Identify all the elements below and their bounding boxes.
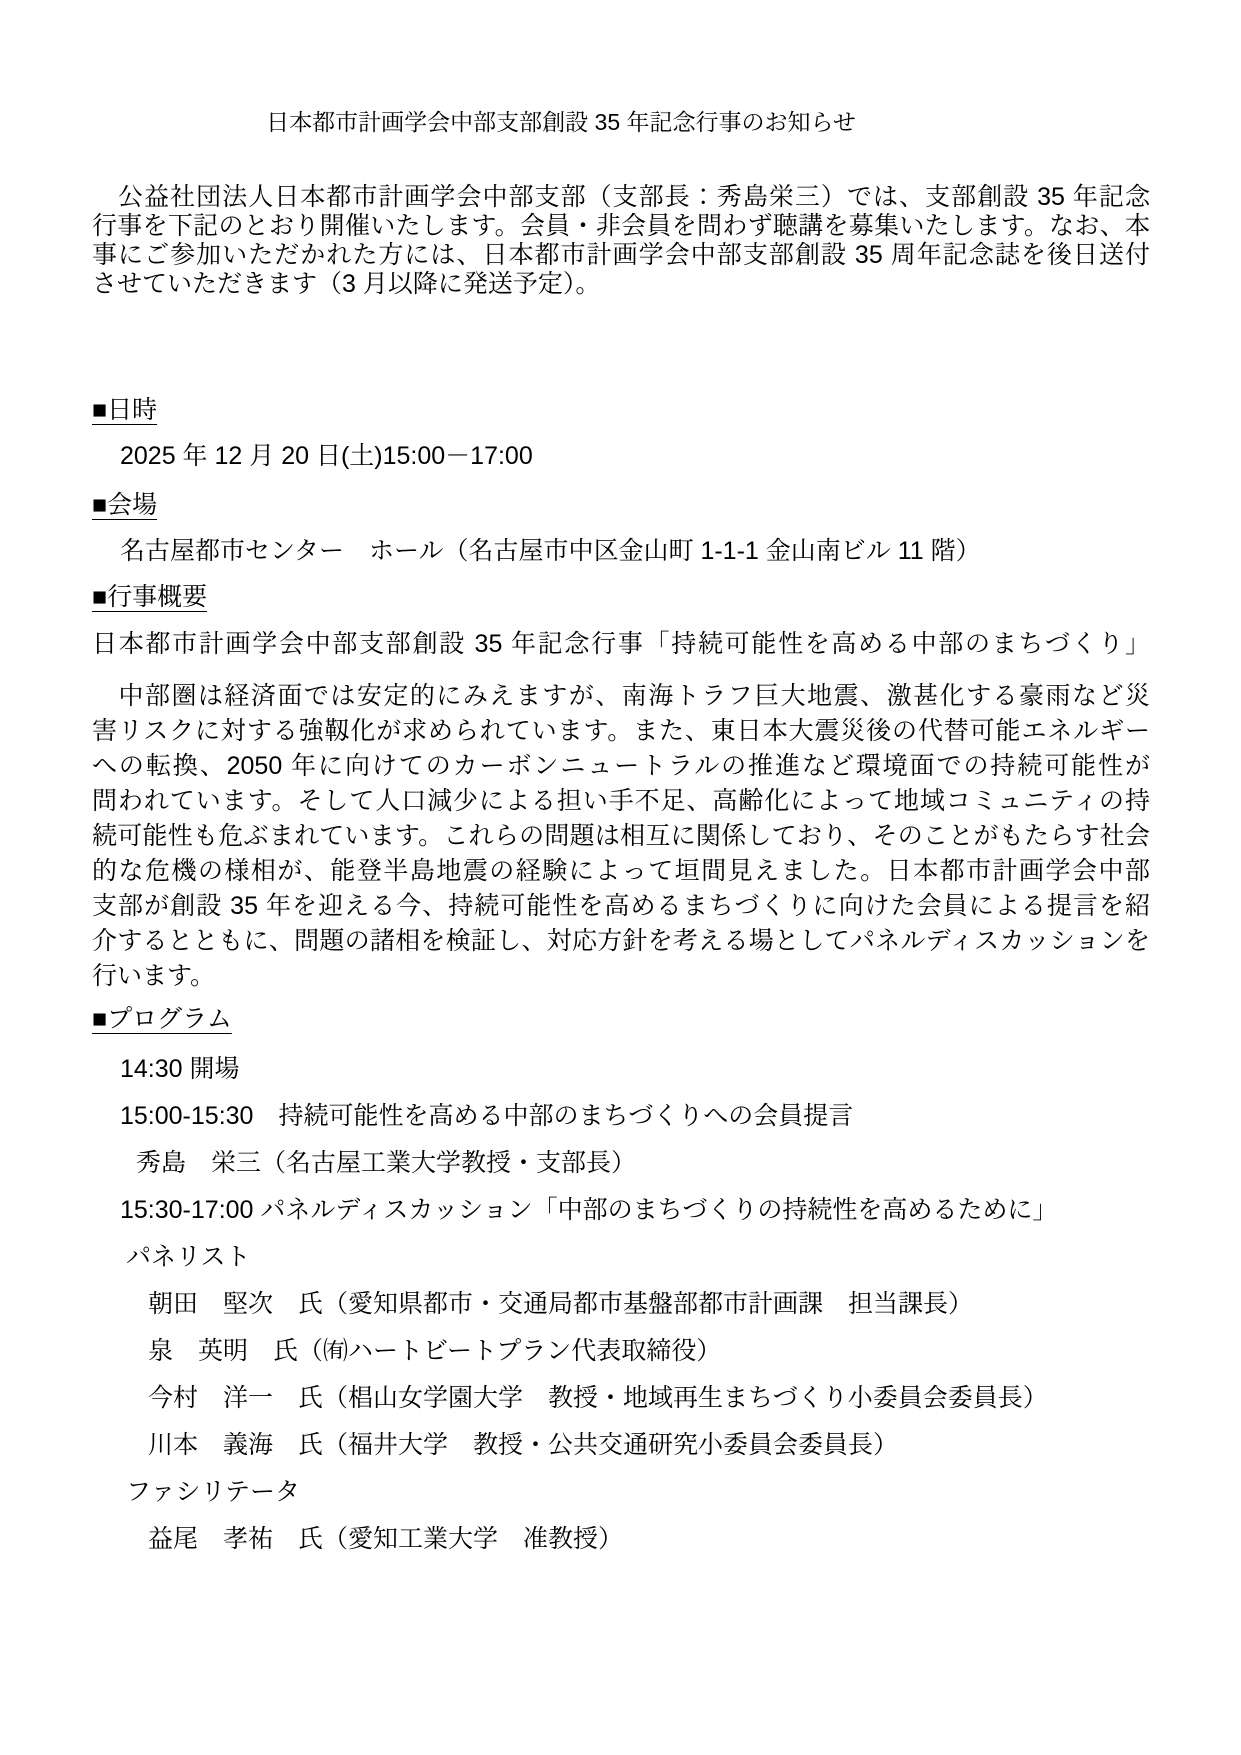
section-heading-program-label: ■プログラム (92, 1005, 232, 1033)
facilitator-name: 益尾 孝祐 氏（愛知工業大学 准教授） (92, 1524, 1150, 1554)
section-heading-overview: ■行事概要 (92, 582, 1150, 612)
section-heading-venue: ■会場 (92, 490, 1150, 520)
panelist-name: 今村 洋一 氏（椙山女学園大学 教授・地域再生まちづくり小委員会委員長） (92, 1383, 1150, 1413)
section-heading-overview-label: ■行事概要 (92, 583, 207, 611)
overview-line: 行います。 (92, 959, 1150, 994)
overview-line: 問われています。そして人口減少による担い手不足、高齢化によって地域コミュニティの… (92, 784, 1150, 819)
section-heading-venue-label: ■会場 (92, 491, 157, 519)
program-item-doors-open: 14:30 開場 (92, 1054, 1150, 1084)
intro-line: 行事を下記のとおり開催いたします。会員・非会員を問わず聴講を募集いたします。なお… (92, 212, 1150, 241)
overview-line: 続可能性も危ぶまれています。これらの問題は相互に関係しており、そのことがもたらす… (92, 819, 1150, 854)
overview-line: 害リスクに対する強靱化が求められています。また、東日本大震災後の代替可能エネルギ… (92, 714, 1150, 749)
program-item-member-proposals: 15:00-15:30 持続可能性を高める中部のまちづくりへの会員提言 (92, 1101, 1150, 1131)
intro-line: 公益社団法人日本都市計画学会中部支部（支部長：秀島栄三）では、支部創設 35 年… (92, 183, 1150, 212)
overview-line: 的な危機の様相が、能登半島地震の経験によって垣間見えました。日本都市計画学会中部 (92, 854, 1150, 889)
intro-line: させていただきます（3 月以降に発送予定）。 (92, 270, 1150, 299)
intro-line: 事にご参加いただかれた方には、日本都市計画学会中部支部創設 35 周年記念誌を後… (92, 241, 1150, 270)
panelists-label: パネリスト (92, 1242, 1150, 1272)
facilitator-label: ファシリテータ (92, 1477, 1150, 1507)
document-title: 日本都市計画学会中部支部創設 35 年記念行事のお知らせ (32, 107, 1090, 137)
program-item-panel-discussion: 15:30-17:00 パネルディスカッション「中部のまちづくりの持続性を高める… (92, 1195, 1150, 1225)
program-speaker: 秀島 栄三（名古屋工業大学教授・支部長） (92, 1148, 1150, 1178)
venue-value: 名古屋都市センター ホール（名古屋市中区金山町 1-1-1 金山南ビル 11 階… (92, 536, 1150, 566)
panelist-name: 泉 英明 氏（㈲ハートビートプラン代表取締役） (92, 1336, 1150, 1366)
overview-line: 支部が創設 35 年を迎える今、持続可能性を高めるまちづくりに向けた会員による提… (92, 889, 1150, 924)
datetime-value: 2025 年 12 月 20 日(土)15:00－17:00 (92, 441, 1150, 471)
panelist-name: 川本 義海 氏（福井大学 教授・公共交通研究小委員会委員長） (92, 1430, 1150, 1460)
overview-line: 中部圏は経済面では安定的にみえますが、南海トラフ巨大地震、激甚化する豪雨など災 (92, 679, 1150, 714)
overview-paragraph: 中部圏は経済面では安定的にみえますが、南海トラフ巨大地震、激甚化する豪雨など災 … (92, 679, 1150, 994)
intro-paragraph: 公益社団法人日本都市計画学会中部支部（支部長：秀島栄三）では、支部創設 35 年… (92, 183, 1150, 299)
overview-line: 介するとともに、問題の諸相を検証し、対応方針を考える場としてパネルディスカッショ… (92, 924, 1150, 959)
section-heading-program: ■プログラム (92, 1004, 1150, 1034)
document-page: 日本都市計画学会中部支部創設 35 年記念行事のお知らせ 公益社団法人日本都市計… (0, 0, 1241, 1755)
section-heading-datetime: ■日時 (92, 395, 1150, 425)
panelist-name: 朝田 堅次 氏（愛知県都市・交通局都市基盤部都市計画課 担当課長） (92, 1289, 1150, 1319)
section-heading-datetime-label: ■日時 (92, 396, 157, 424)
overview-line: への転換、2050 年に向けてのカーボンニュートラルの推進など環境面での持続可能… (92, 749, 1150, 784)
overview-event-title: 日本都市計画学会中部支部創設 35 年記念行事「持続可能性を高める中部のまちづく… (92, 629, 1150, 659)
